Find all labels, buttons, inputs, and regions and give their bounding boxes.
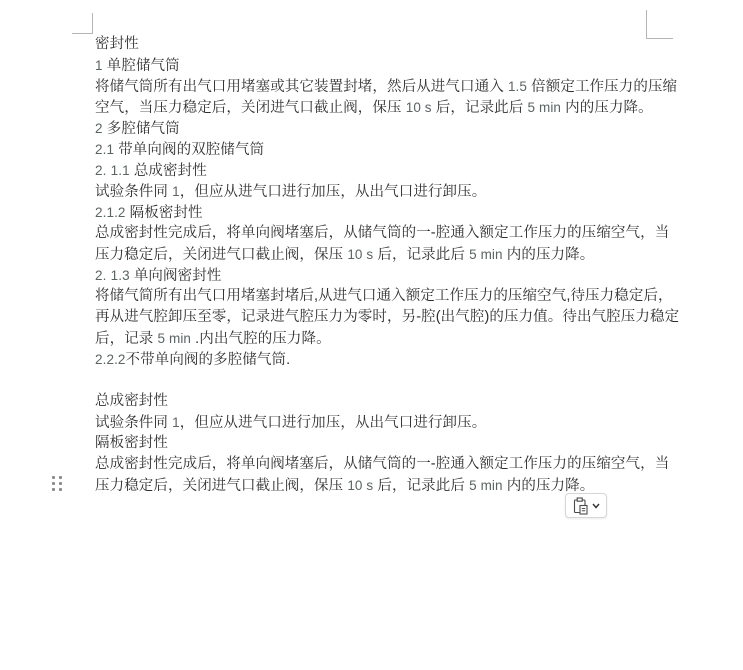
handle-dot [59,476,62,479]
text-line[interactable]: 2 多腔储气筒 [95,118,665,139]
paragraph-drag-handle[interactable] [52,476,62,491]
text-line[interactable]: 2.1 带单向阀的双腔储气筒 [95,139,665,160]
text-line[interactable]: 总成密封性 [95,391,665,412]
text-line[interactable]: 将储气简所有出气口用堵塞封堵后,从进气口通入额定工作压力的压缩空气,待压力稳定后… [95,286,665,307]
text-line[interactable]: 后，记录 5 min .内出气腔的压力降。 [95,328,665,349]
text-line[interactable]: 压力稳定后，关闭进气口截止阀，保压 10 s 后，记录此后 5 min 内的压力… [95,244,665,265]
clipboard-icon [573,497,589,515]
text-line[interactable]: 空气，当压力稳定后，关闭进气口截止阀，保压 10 s 后，记录此后 5 min … [95,97,665,118]
text-boundary-mark-top-left [72,13,93,34]
handle-dot [59,488,62,491]
word-page[interactable]: 密封性1 单腔储气筒将储气筒所有出气口用堵塞或其它装置封堵，然后从进气口通入 1… [0,0,743,670]
text-line[interactable]: 隔板密封性 [95,433,665,454]
text-line[interactable]: 2. 1.3 单向阀密封性 [95,265,665,286]
text-line[interactable]: 将储气筒所有出气口用堵塞或其它装置封堵，然后从进气口通入 1.5 倍额定工作压力… [95,76,665,97]
text-line[interactable]: 总成密封性完成后，将单向阀堵塞后，从储气筒的一-腔通入额定工作压力的压缩空气，当 [95,454,665,475]
text-line[interactable]: 1 单腔储气筒 [95,55,665,76]
handle-dot [52,482,55,485]
text-line[interactable]: 试验条件同 1，但应从进气口进行加压，从出气口进行卸压。 [95,181,665,202]
text-line[interactable]: 2. 1.1 总成密封性 [95,160,665,181]
document-text[interactable]: 密封性1 单腔储气筒将储气筒所有出气口用堵塞或其它装置封堵，然后从进气口通入 1… [95,34,665,496]
text-line[interactable]: 密封性 [95,34,665,55]
text-line[interactable]: 再从进气腔卸压至零，记录进气腔压力为零时，另-腔(出气腔)的压力值。待出气腔压力… [95,307,665,328]
handle-dot [52,476,55,479]
paste-options-button[interactable] [565,493,607,518]
text-line[interactable]: 2.1.2 隔板密封性 [95,202,665,223]
text-line[interactable]: 总成密封性完成后，将单向阀堵塞后，从储气筒的一-腔通入额定工作压力的压缩空气，当 [95,223,665,244]
chevron-down-icon [592,503,600,509]
handle-dot [59,482,62,485]
text-line[interactable] [95,370,665,391]
text-line[interactable]: 2.2.2不带单向阀的多腔储气筒. [95,349,665,370]
text-line[interactable]: 试验条件同 1，但应从进气口进行加压，从出气口进行卸压。 [95,412,665,433]
handle-dot [52,488,55,491]
